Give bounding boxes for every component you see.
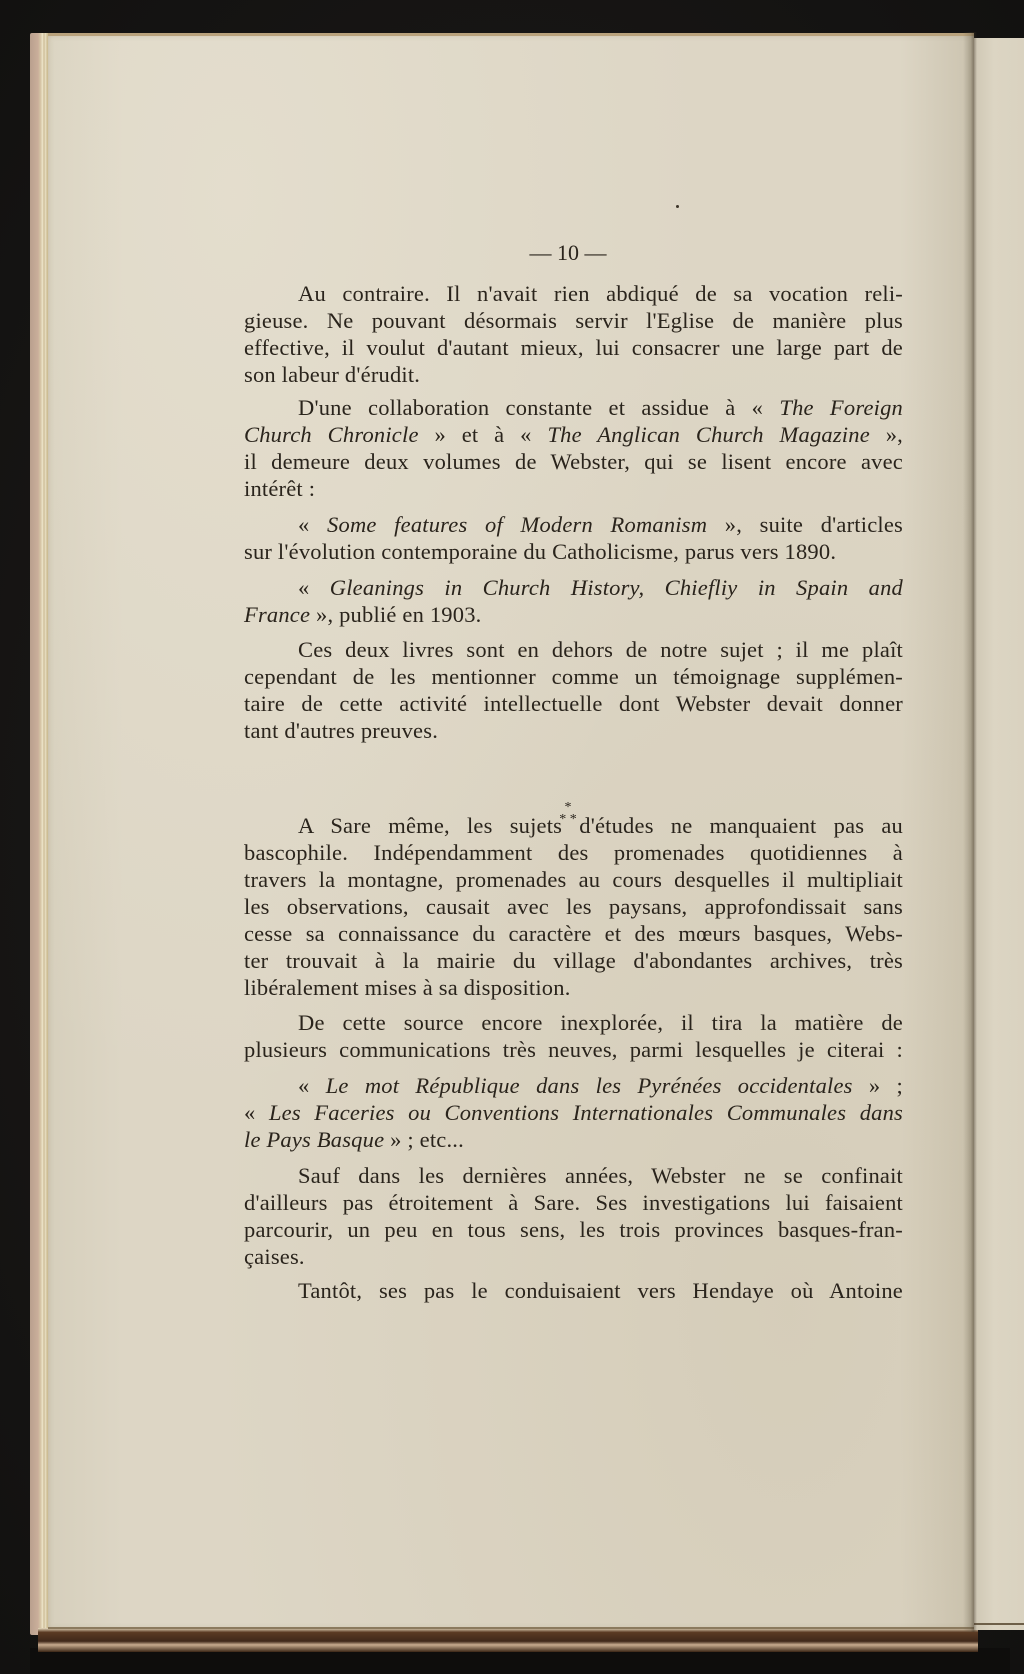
italic-title-text: Some features of Modern Romanism xyxy=(327,512,707,537)
italic-title-text: Church Chronicle xyxy=(244,422,419,447)
text-line: libéralement mises à sa disposition. xyxy=(244,975,903,1003)
text-line: parcourir, un peu en tous sens, les troi… xyxy=(244,1217,903,1245)
text-line: D'une collaboration constante et assidue… xyxy=(298,395,903,423)
text-segment: », suite d'articles xyxy=(707,512,903,537)
text-line: le Pays Basque » ; etc... xyxy=(244,1127,903,1155)
text-line: intérêt : xyxy=(244,476,903,504)
italic-title-text: Le mot République dans les Pyrénées occi… xyxy=(326,1073,853,1098)
text-segment: « xyxy=(244,1100,269,1125)
text-line: plusieurs communications très neuves, pa… xyxy=(244,1037,903,1065)
text-line: ter trouvait à la mairie du village d'ab… xyxy=(244,948,903,976)
italic-title-text: The Anglican Church Magazine xyxy=(547,422,869,447)
text-line: bascophile. Indépendamment des promenade… xyxy=(244,840,903,868)
text-line: travers la montagne, promenades au cours… xyxy=(244,867,903,895)
text-line: sur l'évolution contemporaine du Catholi… xyxy=(244,539,903,567)
ink-speck xyxy=(676,205,679,208)
text-segment: », publié en 1903. xyxy=(310,602,481,627)
text-segment: », xyxy=(870,422,903,447)
facing-page-bottom-edge xyxy=(974,1623,1024,1625)
italic-title-text: Gleanings in Church History, Chiefliy in… xyxy=(330,575,903,600)
page-number: — 10 — xyxy=(528,240,608,266)
stacked-page-edges-bottom xyxy=(38,1628,978,1652)
text-line: cependant de les mentionner comme un tém… xyxy=(244,664,903,692)
asterism-bottom: * * xyxy=(548,814,588,826)
italic-title-text: Les Faceries ou Conventions Internationa… xyxy=(269,1100,903,1125)
text-line: Ces deux livres sont en dehors de notre … xyxy=(298,637,903,665)
page-bottom-edge xyxy=(48,1627,974,1629)
text-line: « Gleanings in Church History, Chiefliy … xyxy=(298,575,903,603)
text-line: taire de cette activité intellectuelle d… xyxy=(244,691,903,719)
text-line: Tantôt, ses pas le conduisaient vers Hen… xyxy=(298,1278,903,1306)
text-line: A Sare même, les sujets d'études ne manq… xyxy=(298,813,903,841)
text-line: « Le mot République dans les Pyrénées oc… xyxy=(298,1073,903,1101)
text-line: çaises. xyxy=(244,1244,903,1272)
text-line: France », publié en 1903. xyxy=(244,602,903,630)
text-line: effective, il voulut d'autant mieux, lui… xyxy=(244,335,903,363)
book-gutter xyxy=(963,32,977,1632)
text-segment: » ; xyxy=(853,1073,903,1098)
text-line: « Some features of Modern Romanism », su… xyxy=(298,512,903,540)
text-line: cesse sa connaissance du caractère et de… xyxy=(244,921,903,949)
text-segment: D'une collaboration constante et assidue… xyxy=(298,395,779,420)
text-segment: » et à « xyxy=(419,422,548,447)
text-segment: « xyxy=(298,512,327,537)
text-line: Au contraire. Il n'avait rien abdiqué de… xyxy=(298,281,903,309)
text-segment: « xyxy=(298,1073,326,1098)
text-line: « Les Faceries ou Conventions Internatio… xyxy=(244,1100,903,1128)
text-line: De cette source encore inexplorée, il ti… xyxy=(298,1010,903,1038)
facing-page-edge xyxy=(974,38,1024,1630)
text-line: les observations, causait avec les paysa… xyxy=(244,894,903,922)
text-line: gieuse. Ne pouvant désormais servir l'Eg… xyxy=(244,308,903,336)
stacked-page-edges-left xyxy=(30,33,50,1635)
text-line: Church Chronicle » et à « The Anglican C… xyxy=(244,422,903,450)
text-line: Sauf dans les dernières années, Webster … xyxy=(298,1163,903,1191)
text-line: d'ailleurs pas étroitement à Sare. Ses i… xyxy=(244,1190,903,1218)
text-segment: « xyxy=(298,575,330,600)
italic-title-text: France xyxy=(244,602,310,627)
text-line: tant d'autres preuves. xyxy=(244,718,903,746)
text-line: son labeur d'érudit. xyxy=(244,362,903,390)
italic-title-text: The Foreign xyxy=(779,395,903,420)
page-top-edge xyxy=(48,33,974,36)
text-segment: » ; etc... xyxy=(384,1127,464,1152)
text-line: il demeure deux volumes de Webster, qui … xyxy=(244,449,903,477)
italic-title-text: le Pays Basque xyxy=(244,1127,384,1152)
section-separator-asterism: * * * xyxy=(548,802,588,826)
